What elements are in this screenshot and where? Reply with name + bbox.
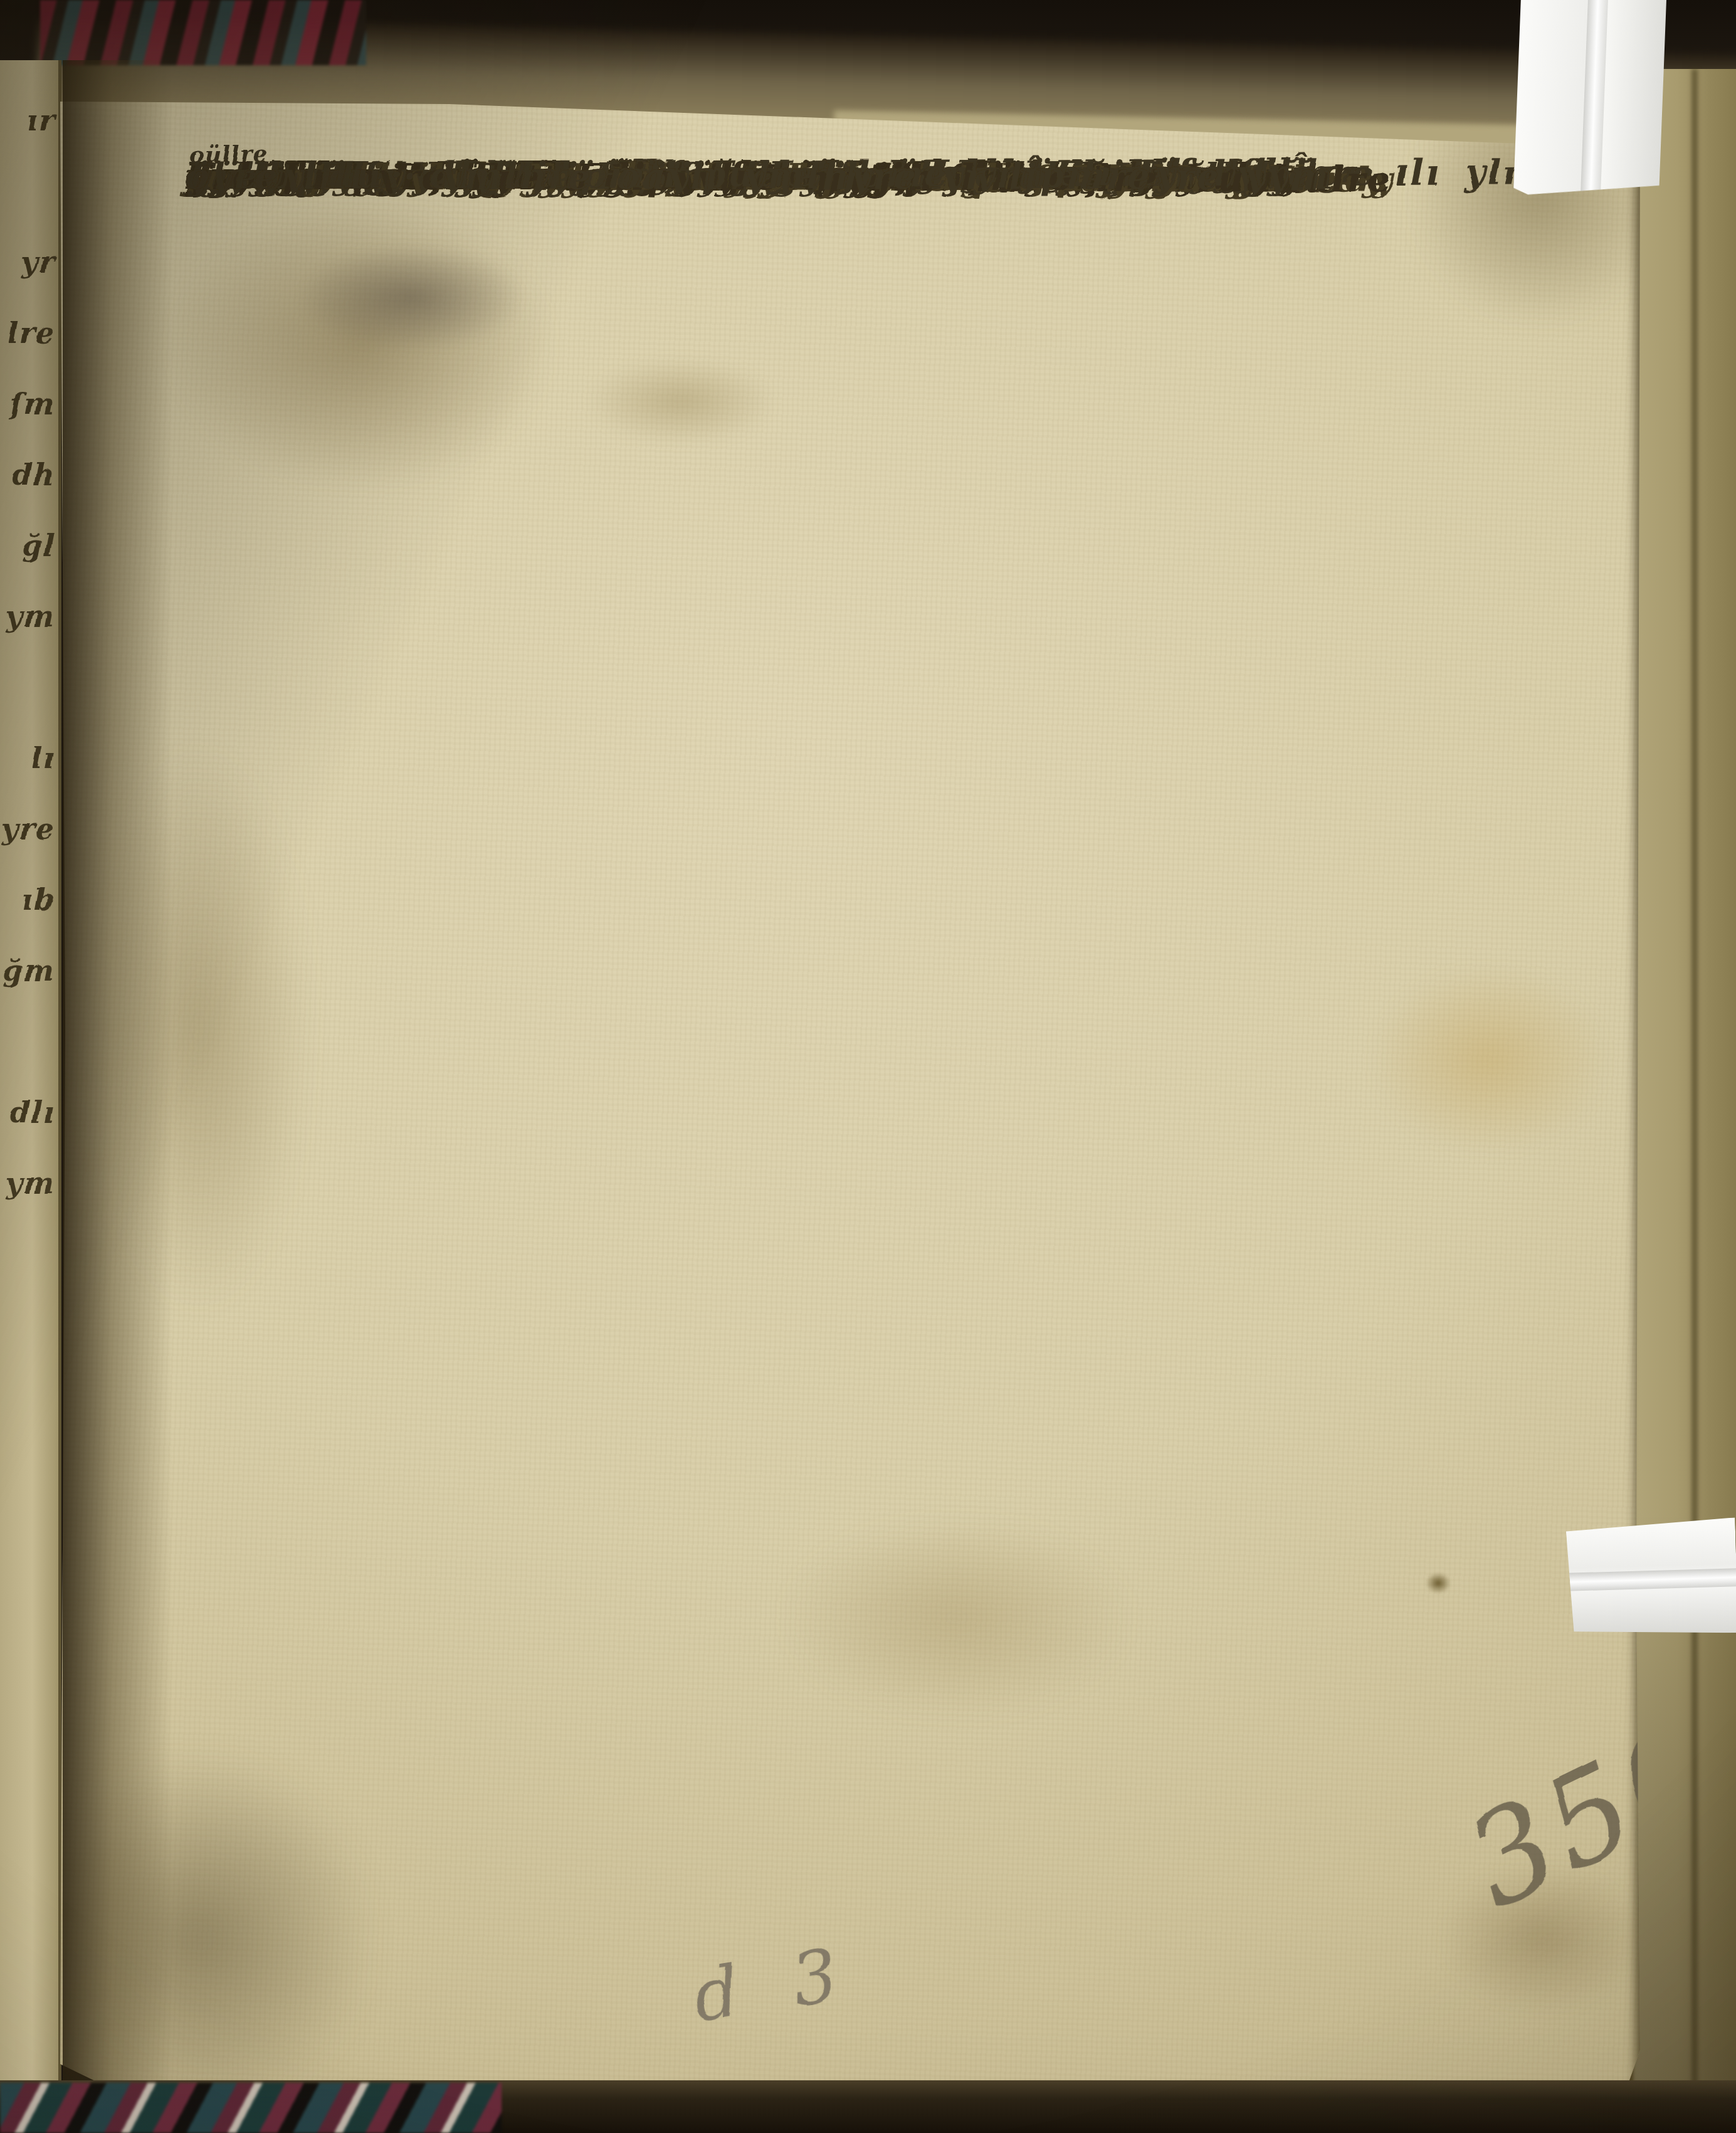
facing-page-text-fragment: ym	[6, 1148, 56, 1218]
facing-page-text-fragment: ym	[6, 581, 56, 651]
manuscript-page: m hipütalre gelmorlı oŭb eÿs d Imuymyr u…	[60, 88, 1640, 2097]
facing-page-text-fragment: yr	[21, 227, 56, 297]
facing-page-text-fragment: ğl	[22, 510, 56, 581]
facing-page-text-fragment: ıb	[22, 865, 56, 935]
facing-page-text-fragment: dlı	[10, 1077, 56, 1147]
facing-page-text-fragment: ır	[27, 85, 56, 155]
manuscript-photo: ıryrlreſmdhğlymlıyreıbğmdlıym m hipütalr…	[0, 0, 1736, 2133]
facing-page-text-fragment: lre	[8, 298, 56, 368]
binding-headband	[40, 0, 366, 65]
facing-page-text-fragment: ğm	[3, 935, 56, 1006]
facing-page-strip: ıryrlreſmdhğlymlıyreıbğmdlıym	[0, 60, 61, 2099]
handwritten-text-block: m hipütalre gelmorlı oŭb eÿs d Imuymyr u…	[186, 142, 1584, 2035]
facing-page-text-fragment: yre	[2, 794, 56, 864]
facing-page-text-fragment: ſm	[11, 369, 56, 439]
facing-page-text-fragment: dh	[12, 440, 56, 510]
facing-page-text-fragment: lı	[31, 723, 56, 793]
bookmark-tab-top	[1513, 0, 1666, 199]
bookmark-tab-right	[1565, 1517, 1736, 1637]
marbled-cloth	[0, 2083, 502, 2133]
line-text: öyre lılı :· ymlnre oäylı ymlhyre yr lip…	[186, 142, 1329, 212]
